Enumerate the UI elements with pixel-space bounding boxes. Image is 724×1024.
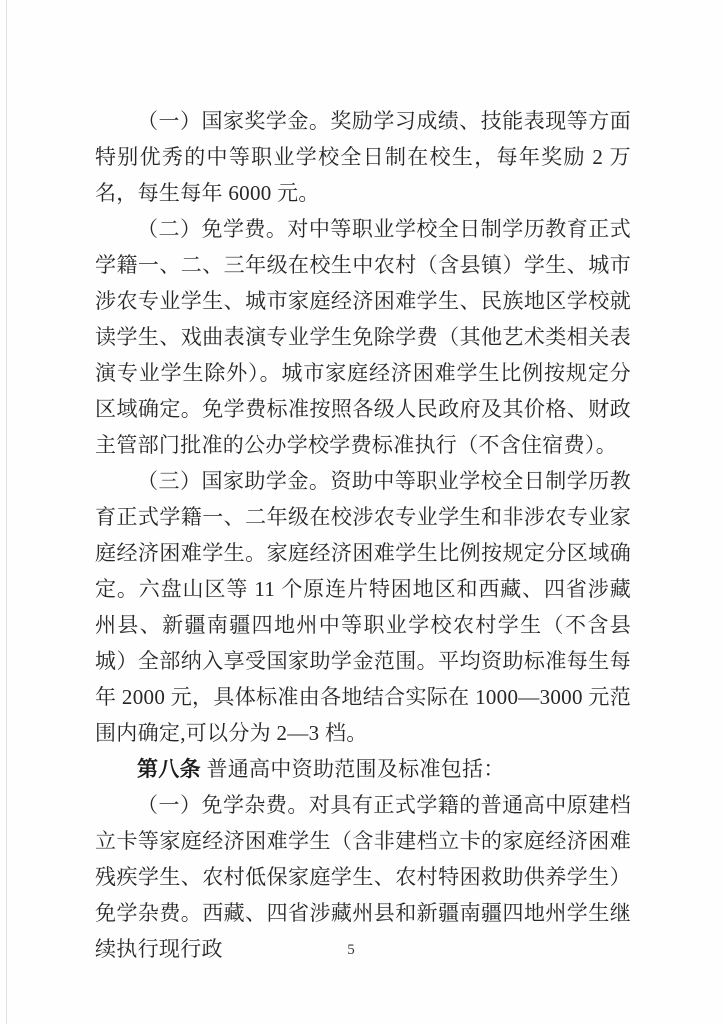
paragraph: （二）免学费。对中等职业学校全日制学历教育正式学籍一、二、三年级在校生中农村（含…: [95, 211, 631, 463]
document-body: （一）国家奖学金。奖励学习成绩、技能表现等方面特别优秀的中等职业学校全日制在校生…: [95, 103, 631, 967]
scan-edge-artifact: [6, 0, 7, 1024]
paragraph: 第八条 普通高中资助范围及标准包括：: [95, 751, 631, 787]
paragraph: （三）国家助学金。资助中等职业学校全日制学历教育正式学籍一、二年级在校涉农专业学…: [95, 463, 631, 751]
article-number: 第八条: [137, 757, 201, 781]
paragraph: （一）免学杂费。对具有正式学籍的普通高中原建档立卡等家庭经济困难学生（含非建档立…: [95, 787, 631, 967]
page-number: 5: [0, 942, 702, 959]
document-page: （一）国家奖学金。奖励学习成绩、技能表现等方面特别优秀的中等职业学校全日制在校生…: [0, 0, 724, 1024]
paragraph: （一）国家奖学金。奖励学习成绩、技能表现等方面特别优秀的中等职业学校全日制在校生…: [95, 103, 631, 211]
